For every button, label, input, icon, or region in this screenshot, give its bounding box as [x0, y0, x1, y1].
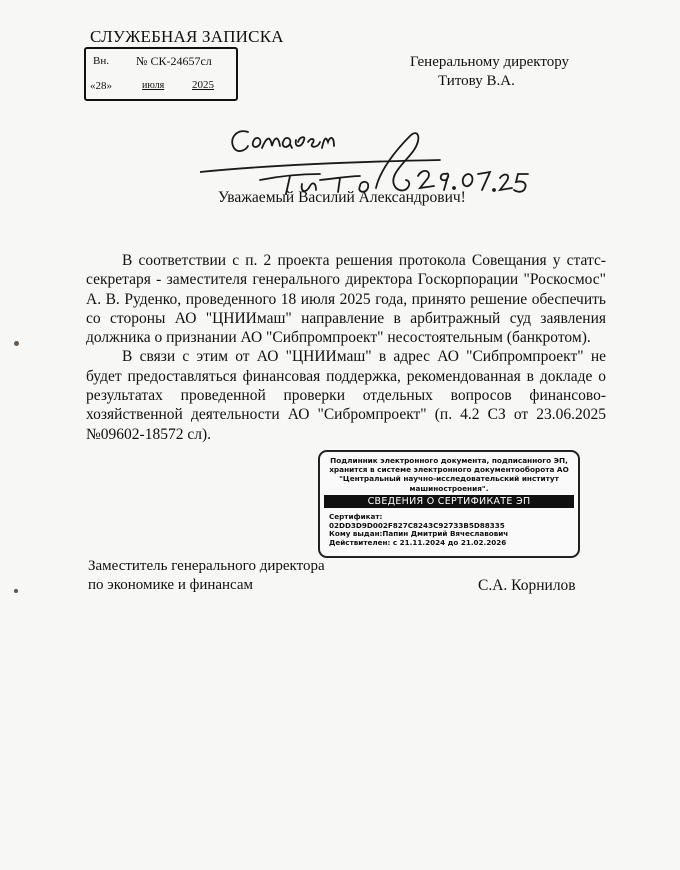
- greeting: Уважаемый Василий Александрович!: [218, 189, 466, 207]
- addressee-position: Генеральному директору: [410, 53, 569, 72]
- signer-position-line1: Заместитель генерального директора: [88, 557, 325, 576]
- paper-speck: [14, 341, 19, 346]
- esig-header: Подлинник электронного документа, подпис…: [320, 456, 578, 493]
- incoming-label: Вн.: [93, 55, 109, 67]
- body-paragraph: В связи с этим от АО "ЦНИИмаш" в адрес А…: [86, 347, 606, 443]
- body-paragraph: В соответствии с п. 2 проекта решения пр…: [86, 251, 606, 347]
- paper-speck: [14, 589, 18, 593]
- esig-certificate-info: Сертификат: 02DD3D9D002F827C8243C92733B5…: [329, 513, 578, 548]
- addressee-name: Титову В.А.: [410, 72, 569, 91]
- signer-name: С.А. Корнилов: [478, 577, 576, 595]
- registration-number: № СК-24657сл: [136, 54, 212, 69]
- registration-stamp: Вн. № СК-24657сл «28» июля 2025: [84, 47, 238, 101]
- addressee-block: Генеральному директору Титову В.А.: [410, 53, 569, 91]
- memo-title: СЛУЖЕБНАЯ ЗАПИСКА: [90, 27, 284, 47]
- registration-year: 2025: [192, 79, 214, 91]
- esig-validity: Действителен: с 21.11.2024 до 21.02.2026: [329, 539, 578, 548]
- esig-title-bar: СВЕДЕНИЯ О СЕРТИФИКАТЕ ЭП: [324, 495, 574, 508]
- signer-position-line2: по экономике и финансам: [88, 576, 325, 595]
- registration-month: июля: [142, 80, 164, 91]
- electronic-signature-stamp: Подлинник электронного документа, подпис…: [318, 450, 580, 558]
- memo-body: В соответствии с п. 2 проекта решения пр…: [86, 251, 606, 444]
- registration-day: «28»: [90, 80, 112, 92]
- signer-position: Заместитель генерального директора по эк…: [88, 557, 325, 595]
